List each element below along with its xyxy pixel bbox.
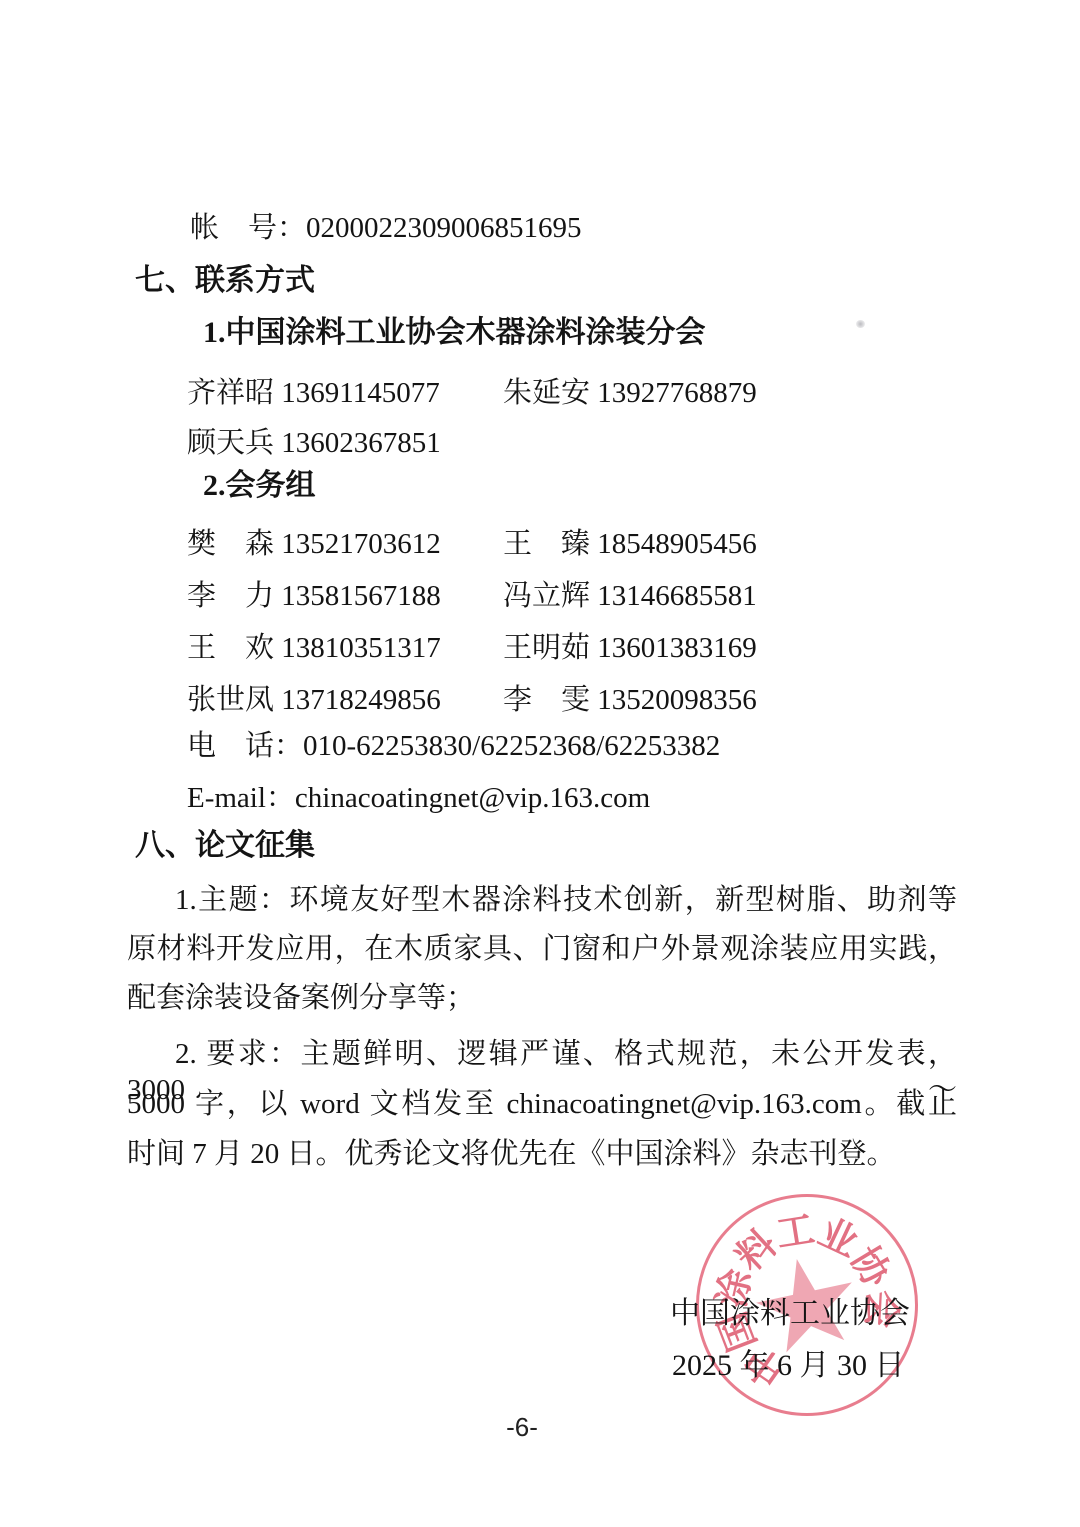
committee-heading: 2.会务组: [203, 469, 316, 503]
contact-entry: 张世凤 13718249856: [187, 677, 441, 718]
paper-topic-line: 原材料开发应用，在木质家具、门窗和户外景观涂装应用实践，: [127, 931, 957, 967]
contact-entry: 王 欢 13810351317: [187, 625, 441, 666]
branch-heading: 1.中国涂料工业协会木器涂料涂装分会: [203, 316, 706, 350]
account-value: 0200022309006851695: [306, 212, 582, 244]
contact-row: 张世凤 13718249856 李 雯 13520098356: [0, 677, 1080, 713]
email-value: chinacoatingnet@vip.163.com: [295, 782, 650, 814]
section-7-heading: 七、联系方式: [135, 264, 315, 298]
contact-entry: 李 力 13581567188: [187, 573, 441, 614]
contact-entry: 樊 森 13521703612: [187, 521, 441, 562]
email-line: E-mail：chinacoatingnet@vip.163.com: [187, 781, 650, 815]
scan-speck: [856, 320, 865, 328]
paper-topic-line: 1.主题：环境友好型木器涂料技术创新，新型树脂、助剂等: [127, 882, 957, 918]
account-label: 帐 号：: [190, 212, 306, 244]
page-number: -6-: [462, 1412, 582, 1443]
signature-date: 2025 年 6 月 30 日: [672, 1340, 905, 1384]
contact-entry: 顾天兵 13602367851: [187, 420, 441, 461]
contact-row: 齐祥昭 13691145077 朱延安 13927768879: [0, 370, 1080, 406]
phone-line: 电 话：010-62253830/62252368/62253382: [187, 729, 720, 763]
contact-entry: 王 臻 18548905456: [503, 521, 757, 562]
section-8-heading: 八、论文征集: [135, 829, 315, 863]
contact-row: 李 力 13581567188 冯立辉 13146685581: [0, 573, 1080, 609]
contact-row: 樊 森 13521703612 王 臻 18548905456: [0, 521, 1080, 557]
contact-entry: 李 雯 13520098356: [503, 677, 757, 718]
contact-row: 顾天兵 13602367851: [0, 420, 1080, 456]
phone-value: 010-62253830/62252368/62253382: [303, 730, 720, 762]
paper-topic-line: 配套涂装设备案例分享等；: [127, 980, 957, 1016]
phone-label: 电 话：: [187, 730, 303, 762]
contact-entry: 冯立辉 13146685581: [503, 573, 757, 614]
account-number-line: 帐 号：0200022309006851695: [190, 211, 582, 245]
signature-org: 中国涂料工业协会: [670, 1288, 910, 1332]
contact-row: 王 欢 13810351317 王明茹 13601383169: [0, 625, 1080, 661]
contact-entry: 朱延安 13927768879: [503, 370, 757, 411]
contact-entry: 王明茹 13601383169: [503, 625, 757, 666]
paper-requirement-line: 时间 7 月 20 日。优秀论文将优先在《中国涂料》杂志刊登。: [127, 1136, 957, 1172]
email-label: E-mail：: [187, 782, 295, 814]
paper-requirement-line: 5000 字，以 word 文档发至 chinacoatingnet@vip.1…: [127, 1086, 957, 1122]
contact-entry: 齐祥昭 13691145077: [187, 370, 440, 411]
document-page: 帐 号：0200022309006851695 七、联系方式 1.中国涂料工业协…: [0, 0, 1080, 1527]
